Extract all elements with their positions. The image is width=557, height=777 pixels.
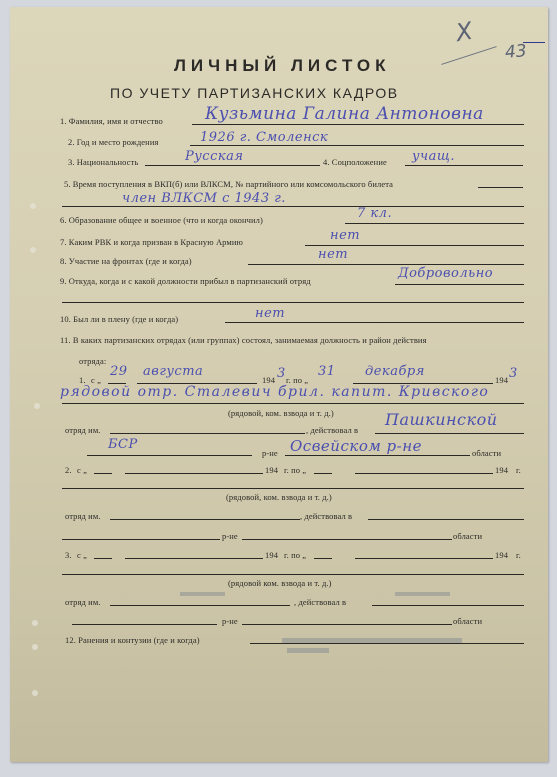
entry-1-unit-label: отряд им.	[65, 425, 101, 435]
entry-1-from-day[interactable]: 29	[110, 364, 128, 379]
field-2-value[interactable]: 1926 г. Смоленск	[200, 130, 328, 145]
entry-2-position-line	[62, 488, 524, 489]
entry-3-acted-label: , действовал в	[294, 597, 346, 607]
entry-3-to-day-line	[314, 558, 332, 559]
entry-1-to-year: 194	[495, 375, 508, 385]
field-5-label: 5. Время поступления в ВКП(б) или ВЛКСМ,…	[64, 179, 393, 189]
bleed-through-stamp	[395, 592, 450, 596]
entry-2-day-line	[94, 473, 112, 474]
entry-1-unit-line	[110, 433, 305, 434]
field-7-value[interactable]: нет	[330, 228, 360, 243]
punch-hole	[30, 203, 36, 209]
field-4-line	[405, 165, 523, 166]
entry-1-acted-value[interactable]: Пашкинской	[385, 410, 498, 429]
field-1-line	[192, 124, 524, 125]
field-2-line	[190, 145, 524, 146]
entry-2-acted-line	[368, 519, 524, 520]
entry-2-to-prefix: г. по „	[284, 465, 306, 475]
entry-1-position-hint: (рядовой, ком. взвода и т. д.)	[228, 408, 334, 418]
entry-2-month-line	[125, 473, 263, 474]
field-10-label: 10. Был ли в плену (где и когда)	[60, 314, 178, 324]
entry-1-to-month[interactable]: декабря	[365, 364, 425, 379]
field-8-label: 8. Участие на фронтах (где и когда)	[60, 256, 192, 266]
entry-2-unit-line	[110, 519, 300, 520]
field-6-line	[345, 223, 524, 224]
field-1-value[interactable]: Кузьмина Галина Антоновна	[205, 104, 484, 124]
entry-3-to-prefix: г. по „	[284, 550, 306, 560]
page-title: ЛИЧНЫЙ ЛИСТОК	[174, 56, 391, 76]
entry-3-end-year: 194	[495, 550, 508, 560]
field-12-line	[250, 643, 524, 644]
field-1-label: 1. Фамилия, имя и отчество	[60, 116, 163, 126]
entry-3-end-suffix: г.	[516, 550, 521, 560]
field-8-value[interactable]: нет	[318, 247, 348, 262]
entry-3-to-month-line	[355, 558, 493, 559]
struck-through-text	[282, 638, 462, 643]
field-10-line	[225, 322, 524, 323]
entry-1-position-line	[62, 403, 524, 404]
field-7-label: 7. Каким РВК и когда призван в Красную А…	[60, 237, 243, 247]
entry-1-district-label: р-не	[262, 448, 278, 458]
entry-3-region-label: области	[453, 616, 482, 626]
field-4-label: 4. Соцположение	[323, 157, 387, 167]
punch-hole	[32, 690, 38, 696]
entry-1-from-month[interactable]: августа	[143, 364, 203, 379]
entry-2-region-label: области	[453, 531, 482, 541]
entry-3-from-prefix: с „	[77, 550, 87, 560]
field-6-value[interactable]: 7 кл.	[357, 206, 392, 221]
punch-hole	[32, 644, 38, 650]
entry-3-position-line	[62, 574, 524, 575]
entry-2-to-month-line	[355, 473, 493, 474]
entry-2-num: 2.	[65, 465, 72, 475]
field-9-line-a	[395, 284, 524, 285]
entry-1-position[interactable]: рядовой отр. Сталевич брил. капит. Кривс…	[60, 384, 489, 400]
entry-2-to-day-line	[314, 473, 332, 474]
corner-mark-number: 43	[504, 41, 527, 63]
field-5-line-a	[478, 187, 523, 188]
entry-1-acted-label: , действовал в	[306, 425, 358, 435]
entry-1-unit2-line	[87, 455, 252, 456]
field-3-value[interactable]: Русская	[185, 149, 243, 164]
entry-1-district-value[interactable]: Освейском р-не	[290, 437, 422, 455]
struck-through-text	[287, 648, 329, 653]
punch-hole	[30, 247, 36, 253]
entry-2-year: 194	[265, 465, 278, 475]
entry-3-year: 194	[265, 550, 278, 560]
field-2-label: 2. Год и место рождения	[68, 137, 158, 147]
entry-1-acted-line	[375, 433, 524, 434]
entry-1-from-year-digit[interactable]: 3	[277, 366, 286, 381]
entry-1-district-line	[285, 455, 470, 456]
entry-3-month-line	[125, 558, 263, 559]
entry-3-district-line	[242, 624, 452, 625]
field-3-label: 3. Национальность	[68, 157, 138, 167]
punch-hole	[32, 620, 38, 626]
entry-3-unit-line	[110, 605, 290, 606]
field-5-line-b	[62, 206, 524, 207]
page-subtitle: ПО УЧЕТУ ПАРТИЗАНСКИХ КАДРОВ	[110, 85, 399, 101]
entry-3-district-label: р-не	[222, 616, 238, 626]
entry-3-unit-label: отряд им.	[65, 597, 101, 607]
bleed-through-stamp	[180, 592, 225, 596]
entry-2-district-line	[242, 539, 452, 540]
entry-1-to-day[interactable]: 31	[318, 364, 336, 379]
field-3-line	[145, 165, 320, 166]
field-9-line-b	[62, 302, 524, 303]
entry-1-to-year-digit[interactable]: 3	[509, 366, 518, 381]
entry-3-day-line	[94, 558, 112, 559]
field-12-label: 12. Ранения и контузии (где и когда)	[65, 635, 200, 645]
field-9-label: 9. Откуда, когда и с какой должности при…	[60, 276, 311, 286]
entry-3-num: 3.	[65, 550, 72, 560]
punch-hole	[34, 403, 40, 409]
entry-2-end-year: 194	[495, 465, 508, 475]
field-5-value[interactable]: член ВЛКСМ с 1943 г.	[122, 191, 286, 206]
entry-2-position-hint: (рядовой, ком. взвода и т. д.)	[226, 492, 332, 502]
field-11-label-cont: отряда:	[79, 356, 106, 366]
entry-3-acted-line	[372, 605, 524, 606]
entry-1-unit-value2[interactable]: БСР	[108, 437, 138, 452]
field-6-label: 6. Образование общее и военное (что и ко…	[60, 215, 263, 225]
entry-2-acted-label: , действовал в	[300, 511, 352, 521]
entry-2-from-prefix: с „	[77, 465, 87, 475]
field-4-value[interactable]: учащ.	[412, 149, 455, 164]
entry-2-end-suffix: г.	[516, 465, 521, 475]
entry-3-position-hint: (рядовой ком. взвода и т. д.)	[228, 578, 332, 588]
field-8-line	[248, 264, 524, 265]
field-7-line	[305, 245, 524, 246]
entry-2-district-pre-line	[62, 539, 220, 540]
entry-1-region-label: области	[472, 448, 501, 458]
field-9-value[interactable]: Добровольно	[398, 266, 493, 281]
entry-3-district-pre-line	[72, 624, 217, 625]
field-11-label: 11. В каких партизанских отрядах (или гр…	[60, 335, 427, 345]
entry-2-district-label: р-не	[222, 531, 238, 541]
field-10-value[interactable]: нет	[255, 306, 285, 321]
corner-mark-ink	[523, 42, 545, 43]
entry-2-unit-label: отряд им.	[65, 511, 101, 521]
